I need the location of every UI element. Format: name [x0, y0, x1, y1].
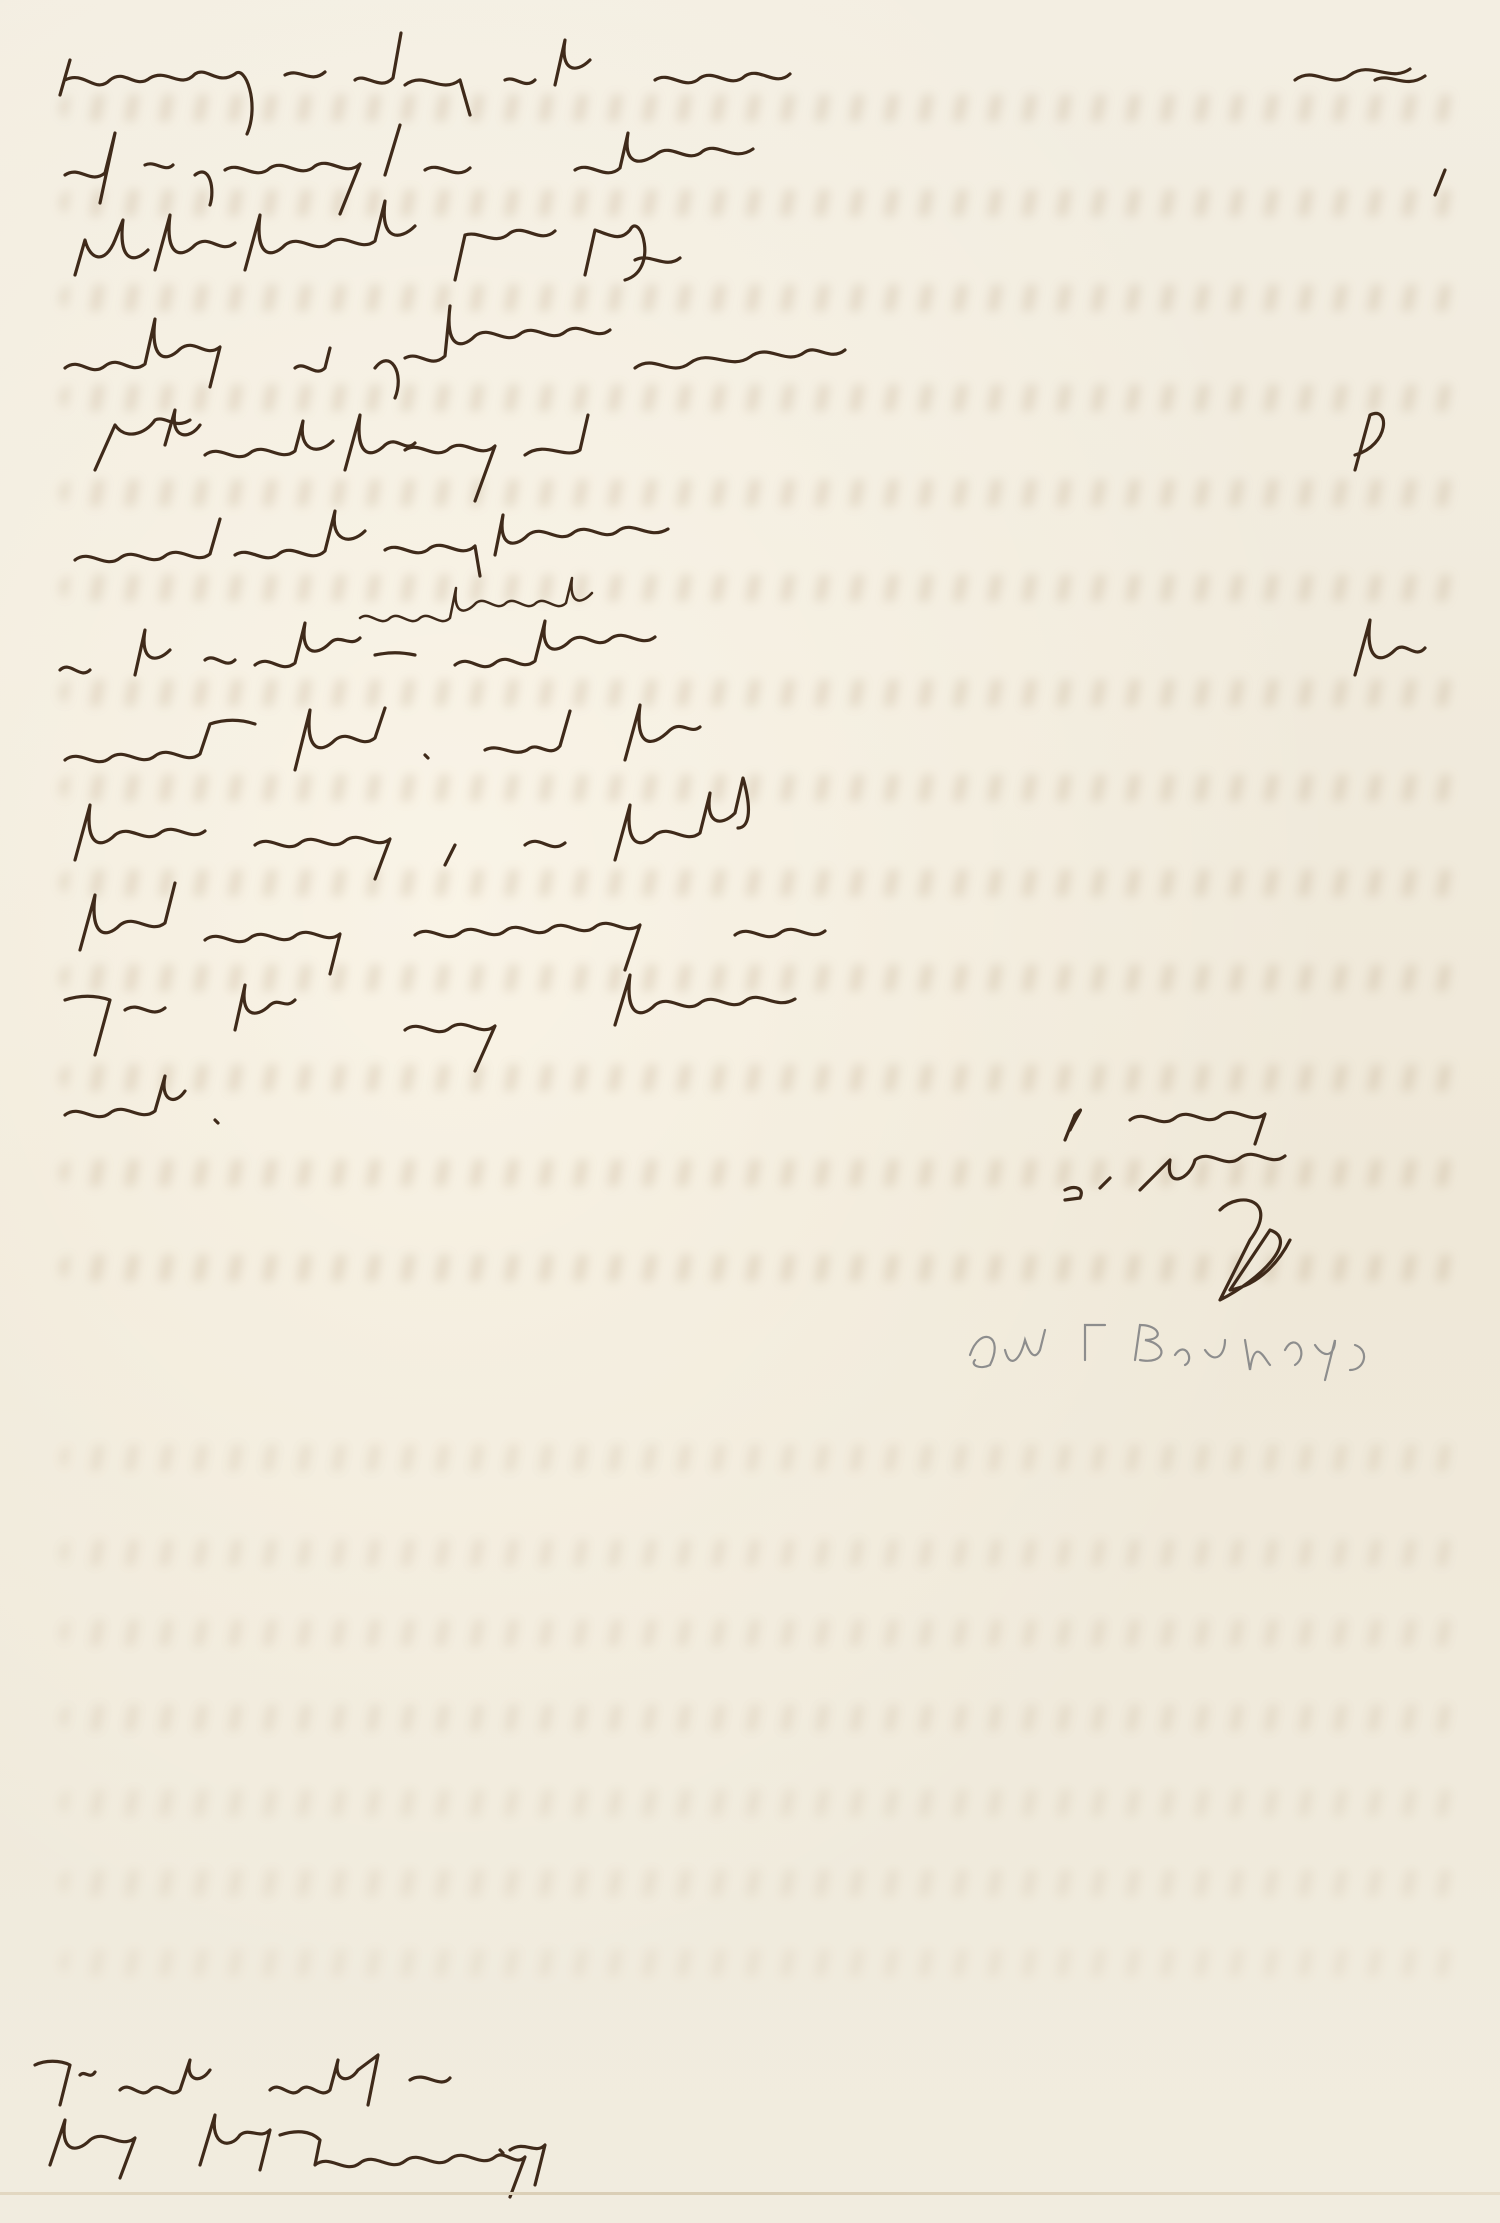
handwriting-stroke: [55, 500, 1455, 590]
handwriting-stroke: [55, 790, 1455, 880]
valediction: [illegible closing word]: [1050, 1080, 1350, 1150]
handwriting-stroke: [55, 210, 1455, 300]
handwriting-stroke: [55, 700, 1455, 790]
letter-line: [illegible handwritten Greek line 6]: [55, 500, 1455, 590]
letter-page: [illegible handwritten Greek line 1] [il…: [0, 0, 1500, 2223]
letter-line: [illegible handwritten Greek line 12, en…: [55, 1060, 355, 1150]
handwriting-stroke: [40, 2110, 990, 2190]
bleed-through: [60, 1540, 1460, 1566]
letter-line: [illegible handwritten Greek line 7]: [55, 610, 1455, 700]
bleed-through: [60, 1445, 1460, 1471]
address-line: [illegible addressee line 2]: [40, 2110, 990, 2190]
bleed-through: [60, 1950, 1460, 1976]
letter-line: [illegible handwritten Greek line 5]: [55, 400, 1455, 490]
handwriting-stroke: [55, 308, 1455, 398]
handwriting-stroke: [1060, 1160, 1400, 1300]
letter-line: [illegible handwritten Greek line 10]: [55, 880, 1455, 970]
handwriting-stroke: [55, 1060, 355, 1150]
letter-line: [illegible handwritten Greek line 2]: [55, 115, 1455, 205]
handwriting-stroke: [55, 400, 1455, 490]
pencil-stroke: [965, 1310, 1405, 1390]
handwriting-stroke: [55, 970, 1455, 1060]
letter-line: [illegible handwritten Greek line 9]: [55, 790, 1455, 880]
paper-bottom-edge: [0, 2192, 1500, 2195]
handwriting-stroke: [55, 610, 1455, 700]
bleed-through: [60, 1705, 1460, 1731]
letter-line: [illegible handwritten Greek line 11]: [55, 970, 1455, 1060]
handwriting-stroke: [55, 115, 1455, 205]
letter-line: [illegible handwritten Greek line 8]: [55, 700, 1455, 790]
bleed-through: [60, 1790, 1460, 1816]
signature: [illegible handwritten signature]: [1060, 1160, 1400, 1300]
pencil-annotation: Δημ. Γ. Βούλγαρης: [965, 1310, 1405, 1390]
handwriting-stroke: [55, 25, 1455, 115]
handwriting-stroke: [1050, 1080, 1350, 1150]
letter-line: [illegible handwritten Greek line 3]: [55, 210, 1455, 300]
letter-line: [illegible handwritten Greek line 1]: [55, 25, 1455, 115]
bleed-through: [60, 1620, 1460, 1646]
bleed-through: [60, 1870, 1460, 1896]
handwriting-stroke: [55, 880, 1455, 970]
letter-line: [illegible handwritten Greek line 4]: [55, 308, 1455, 398]
